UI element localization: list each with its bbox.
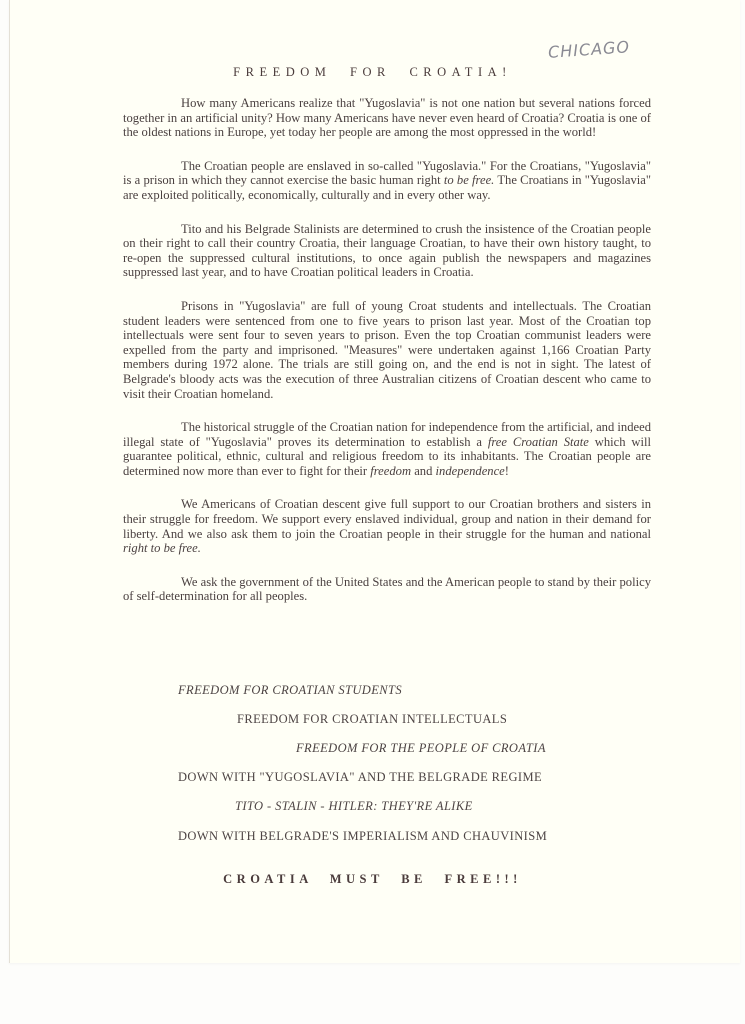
paragraph-7: We ask the government of the United Stat…: [123, 575, 651, 604]
paragraph-1: How many Americans realize that "Yugosla…: [123, 96, 651, 140]
slogan-people: FREEDOM FOR THE PEOPLE OF CROATIA: [296, 741, 546, 756]
slogan-intellectuals: FREEDOM FOR CROATIAN INTELLECTUALS: [237, 712, 507, 727]
paragraph-2: The Croatian people are enslaved in so-c…: [123, 159, 651, 203]
emphasis-text: right to be free.: [123, 541, 201, 555]
closing-slogan: CROATIA MUST BE FREE!!!: [0, 872, 745, 887]
document-body: How many Americans realize that "Yugosla…: [123, 96, 651, 623]
slogan-down-imperialism: DOWN WITH BELGRADE'S IMPERIALISM AND CHA…: [178, 829, 547, 844]
emphasis-text: independence: [436, 464, 505, 478]
paragraph-5: The historical struggle of the Croatian …: [123, 420, 651, 478]
paragraph-3: Tito and his Belgrade Stalinists are det…: [123, 222, 651, 280]
emphasis-text: free Croatian State: [488, 435, 589, 449]
paragraph-6: We Americans of Croatian descent give fu…: [123, 497, 651, 555]
paragraph-4: Prisons in "Yugoslavia" are full of youn…: [123, 299, 651, 401]
slogan-students: FREEDOM FOR CROATIAN STUDENTS: [178, 683, 402, 698]
document-title: FREEDOM FOR CROATIA!: [0, 65, 745, 80]
emphasis-text: to be free.: [444, 173, 494, 187]
emphasis-text: freedom: [370, 464, 411, 478]
slogan-down-yugoslavia: DOWN WITH "YUGOSLAVIA" AND THE BELGRADE …: [178, 770, 542, 785]
slogan-tito-stalin-hitler: TITO - STALIN - HITLER: THEY'RE ALIKE: [235, 799, 473, 814]
